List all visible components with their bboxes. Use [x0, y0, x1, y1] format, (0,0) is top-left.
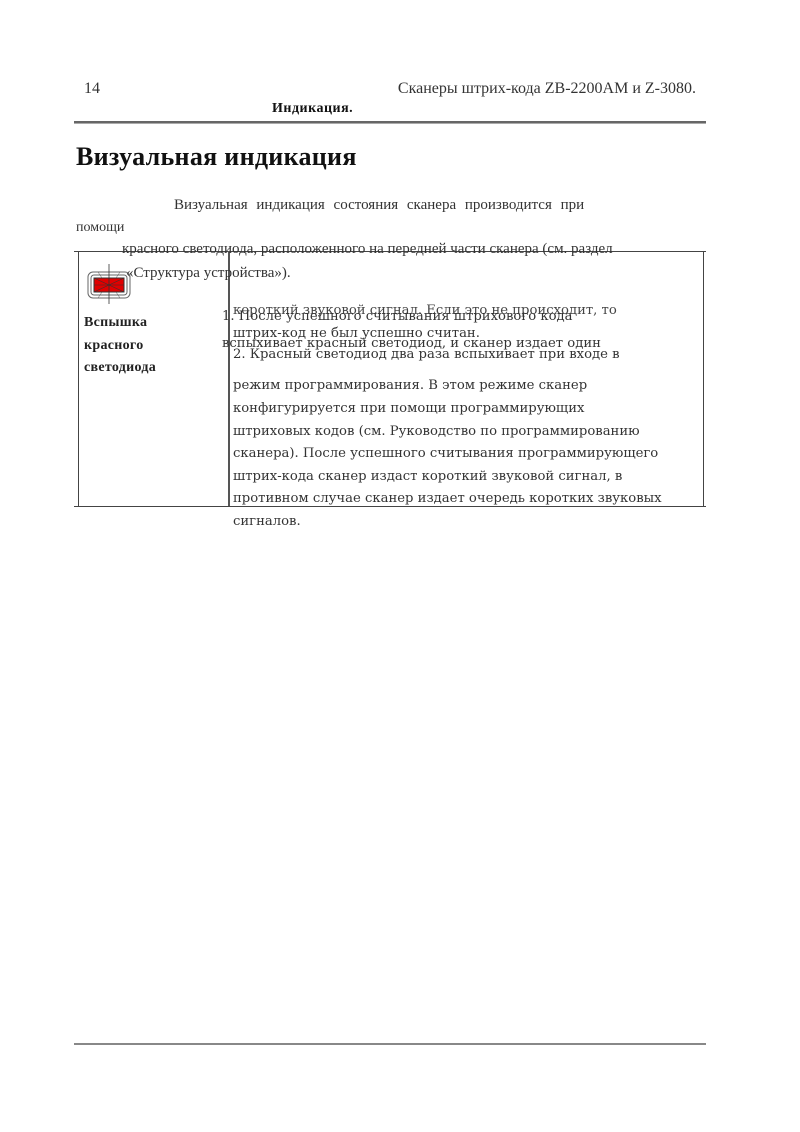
header-rule	[74, 121, 706, 124]
running-title: Сканеры штрих-кода ZB-2200AM и Z-3080.	[398, 80, 696, 98]
description-line: 1. После успешного считывания штрихового…	[222, 309, 573, 324]
intro-line: «Структура устройства»).	[126, 265, 291, 282]
description-line: конфигурируется при помощи программирующ…	[233, 401, 584, 416]
table-border-left	[78, 251, 79, 506]
table-border-right	[703, 251, 704, 506]
description-line: режим программирования. В этом режиме ск…	[233, 378, 587, 393]
intro-line: красного светодиода, расположенного на п…	[122, 241, 613, 258]
description-line: противном случае сканер издает очередь к…	[233, 491, 662, 506]
footer-rule	[74, 1043, 706, 1045]
intro-line: Визуальная индикация состояния сканера п…	[174, 197, 584, 214]
table-border-bottom	[74, 506, 706, 507]
description-line: штриховых кодов (см. Руководство по прог…	[233, 424, 640, 439]
description-line: сканера). После успешного считывания про…	[233, 446, 658, 461]
cell-label: красного	[84, 338, 144, 354]
table-column-divider	[228, 251, 230, 506]
cell-label: Вспышка	[84, 315, 147, 331]
description-line: штрих-кода сканер издаст короткий звуков…	[233, 469, 622, 484]
red-led-icon	[86, 262, 134, 304]
intro-line: помощи	[76, 220, 124, 236]
cell-label: светодиода	[84, 360, 156, 376]
page-heading: Визуальная индикация	[76, 142, 357, 172]
description-line: сигналов.	[233, 514, 301, 529]
section-label: Индикация.	[272, 101, 353, 117]
description-line: 2. Красный светодиод два раза вспыхивает…	[233, 347, 620, 362]
page-number: 14	[84, 80, 100, 98]
